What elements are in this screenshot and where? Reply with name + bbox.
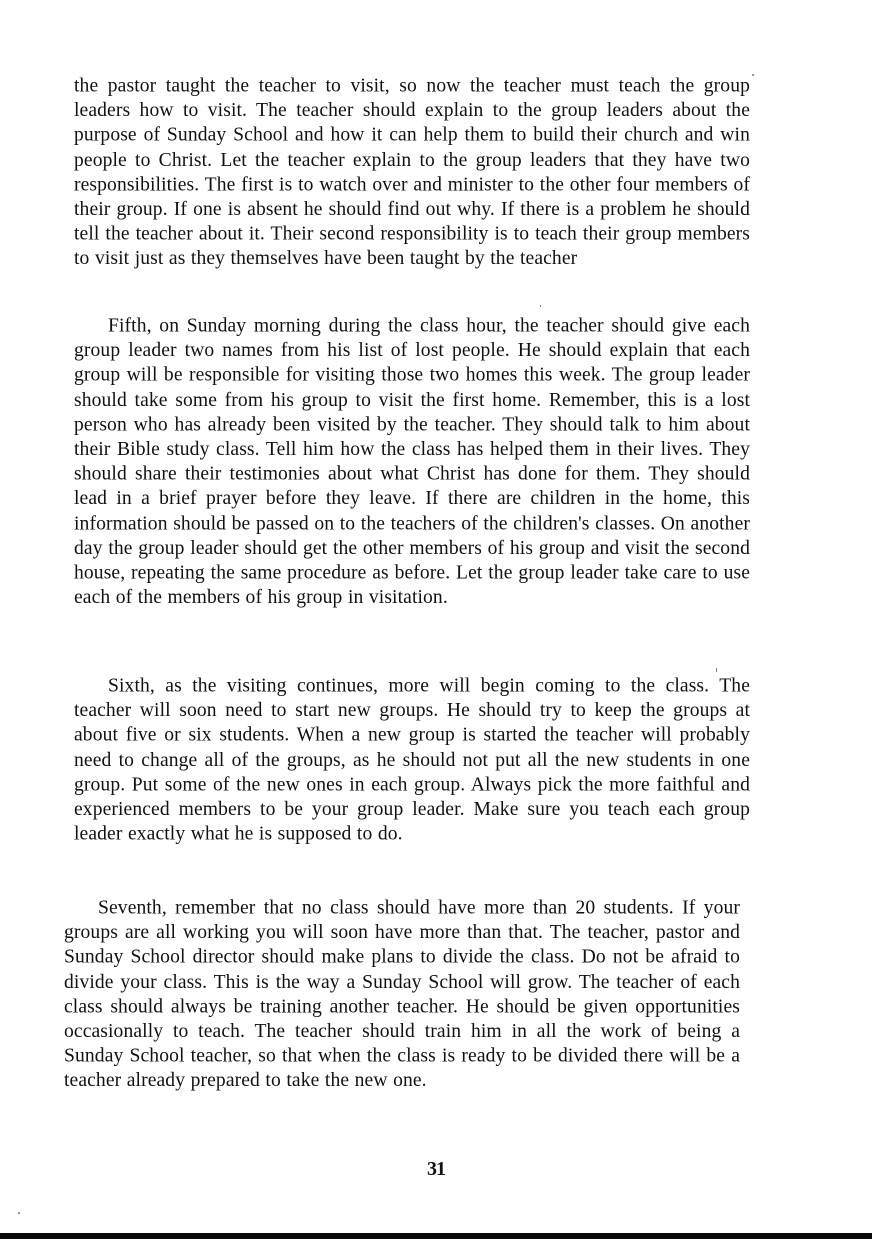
scan-speck <box>18 1212 20 1214</box>
page-number: 31 <box>0 1158 872 1181</box>
scan-speck <box>752 74 754 76</box>
paragraph-fifth: Fifth, on Sunday morning during the clas… <box>74 314 750 610</box>
scan-speck <box>716 668 717 672</box>
scan-speck <box>540 305 541 307</box>
paragraph-sixth: Sixth, as the visiting continues, more w… <box>74 674 750 847</box>
paragraph-seventh: Seventh, remember that no class should h… <box>64 896 740 1093</box>
scan-edge-band <box>0 1233 872 1239</box>
paragraph-continuation: the pastor taught the teacher to visit, … <box>74 74 750 271</box>
